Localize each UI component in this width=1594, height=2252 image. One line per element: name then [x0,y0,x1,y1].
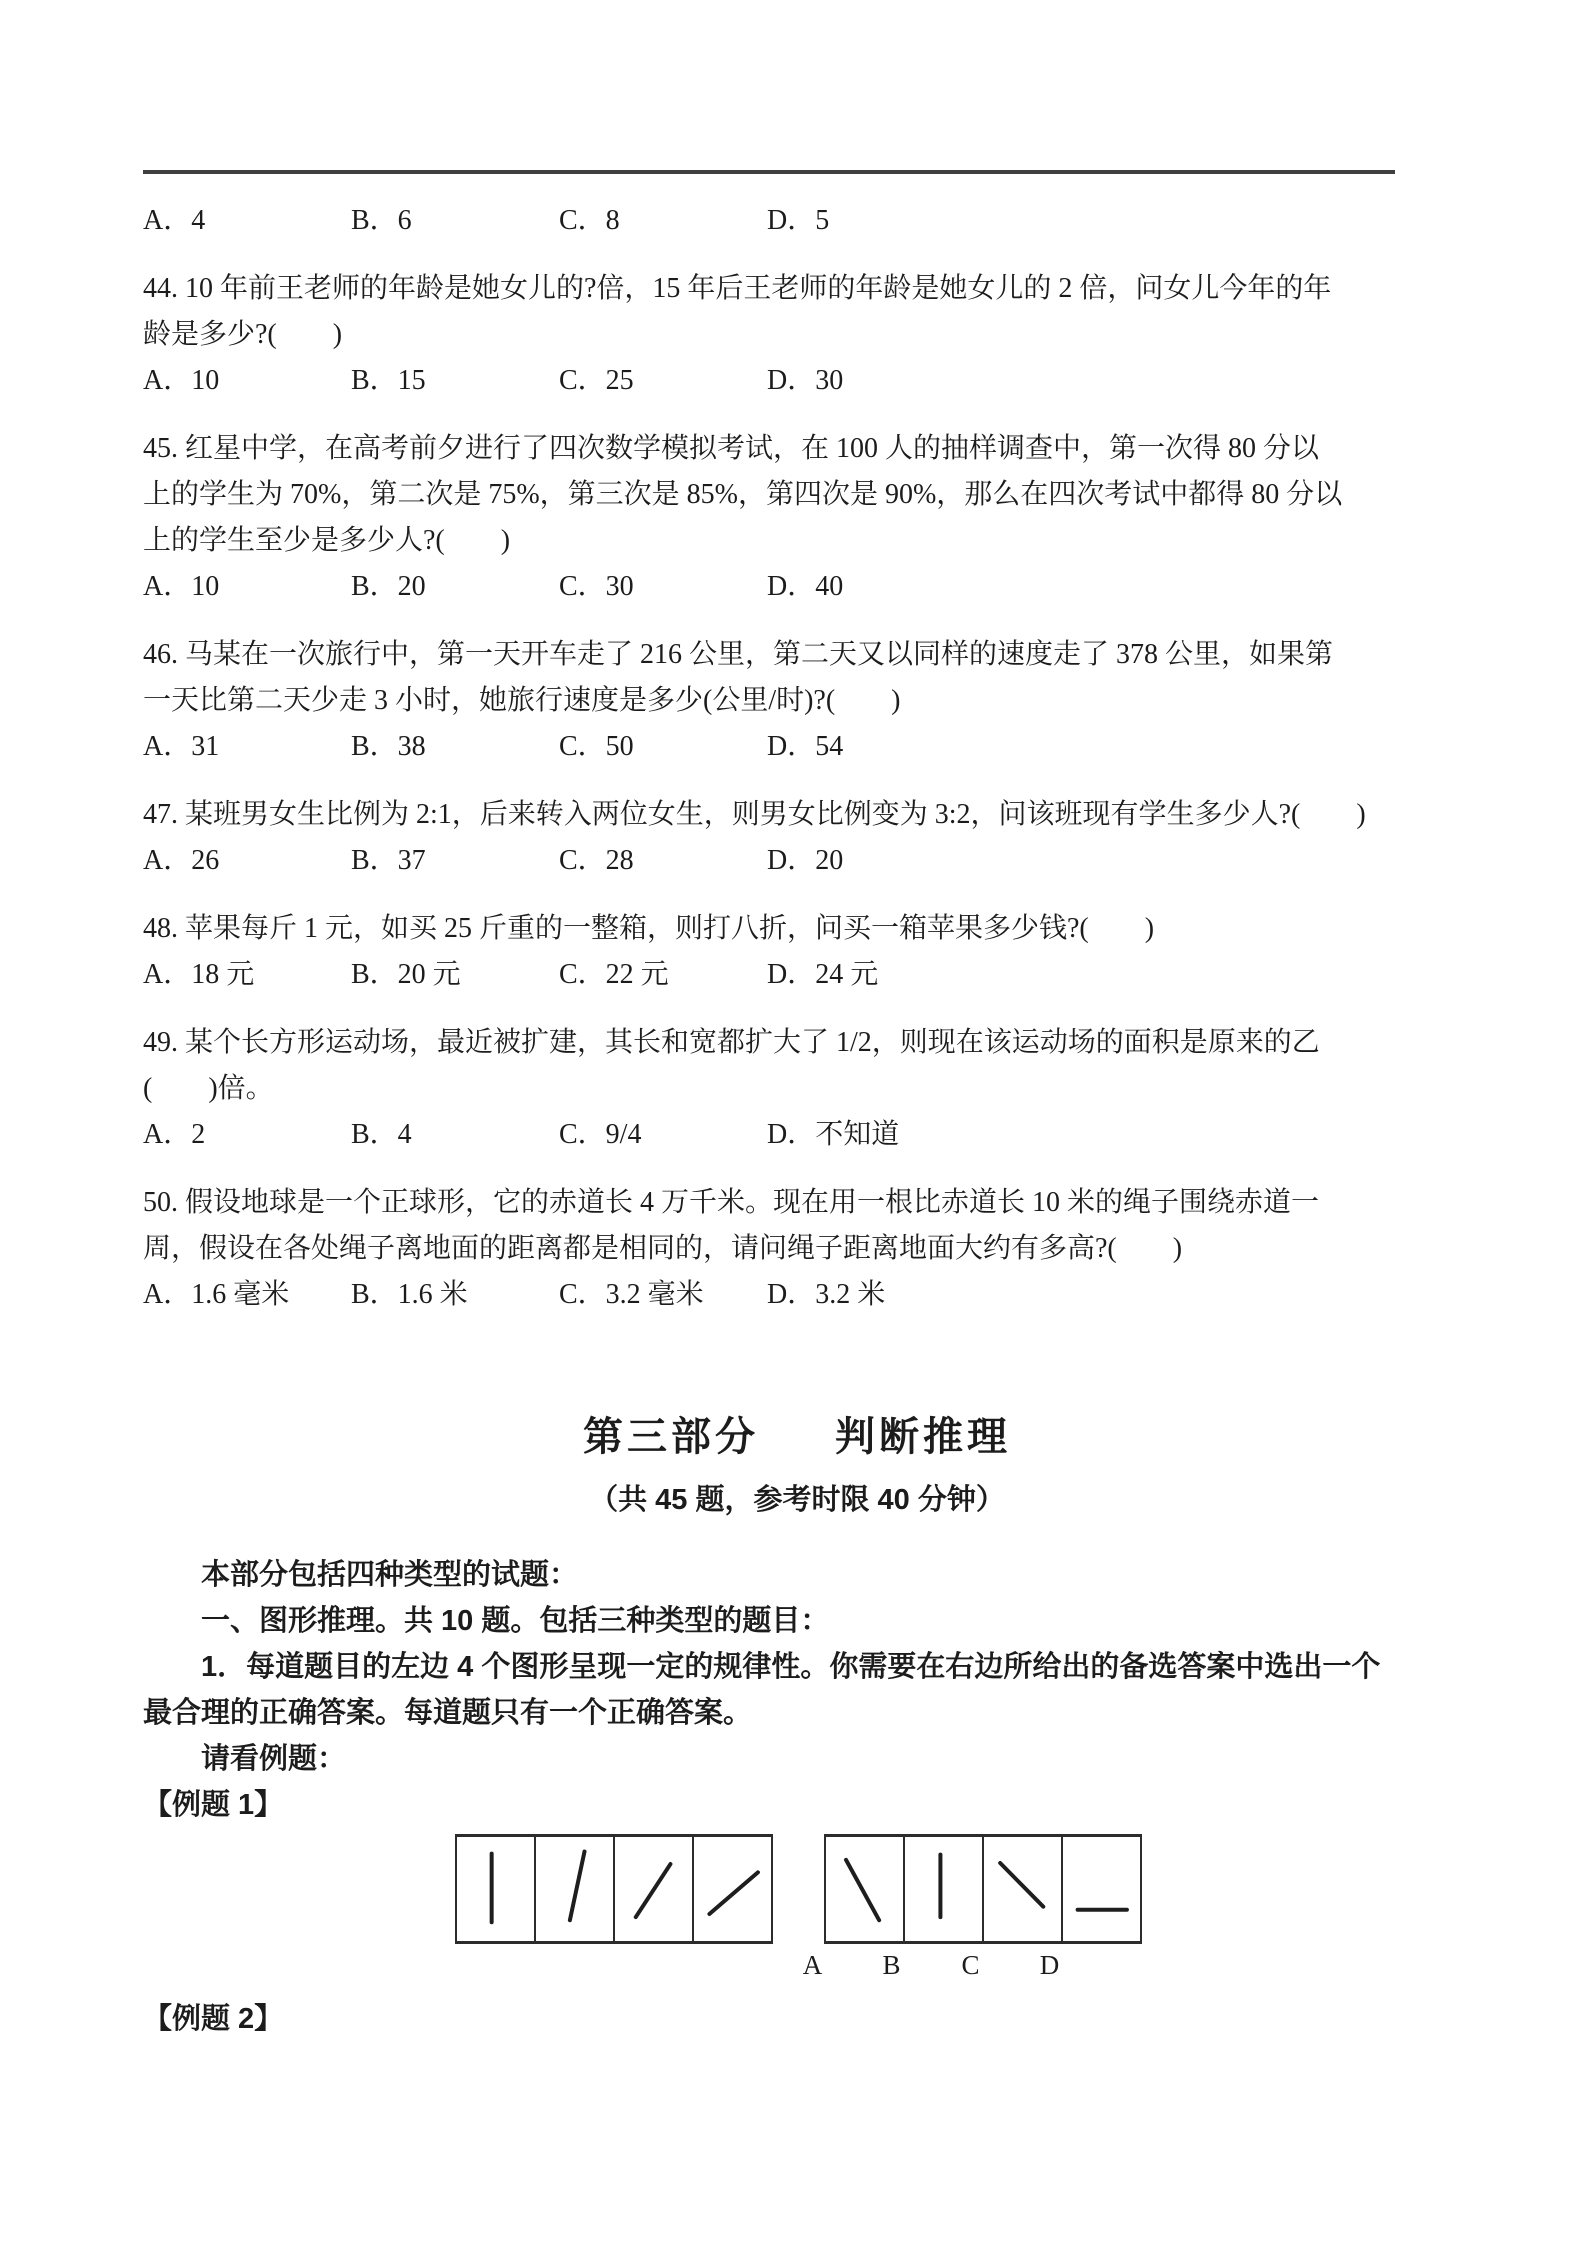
option-c: C．3.2 毫米 [559,1272,755,1318]
answer-label-c: C [931,1948,1010,1982]
option-b: B．37 [351,838,547,884]
line-drawing [905,1837,982,1941]
option-c: C．25 [559,358,755,404]
option-d: D．20 [767,838,963,884]
options-row: A．2 B．4 C．9/4 D．不知道 [143,1112,1451,1158]
line-drawing [615,1837,692,1941]
option-c: C．9/4 [559,1112,755,1158]
option-c: C．22 元 [559,952,755,998]
figure-cell [455,1837,534,1941]
line-drawing [1063,1837,1140,1941]
section-part-label: 第三部分 [583,1415,759,1459]
option-c: C．8 [559,198,755,244]
line-drawing [826,1837,903,1941]
example1-label: 【例题 1】 [143,1782,1451,1828]
option-a: A．10 [143,358,339,404]
option-b: B．38 [351,724,547,770]
orphan-options-row: A．4 B．6 C．8 D．5 [143,198,1451,244]
option-a: A．18 元 [143,952,339,998]
option-d: D．54 [767,724,963,770]
answer-label-d: D [1010,1948,1089,1982]
option-b: B．6 [351,198,547,244]
section-subtitle: （共 45 题，参考时限 40 分钟） [143,1478,1451,1522]
option-d: D．5 [767,198,963,244]
options-row: A．10 B．15 C．25 D．30 [143,358,1451,404]
question-44: 44. 10 年前王老师的年龄是她女儿的?倍，15 年后王老师的年龄是她女儿的 … [143,266,1451,404]
answer-label-a: A [773,1948,852,1982]
option-a: A．4 [143,198,339,244]
figure-cell-b [903,1837,982,1941]
option-c: C．28 [559,838,755,884]
line-drawing [694,1837,771,1941]
question-line: 44. 10 年前王老师的年龄是她女儿的?倍，15 年后王老师的年龄是她女儿的 … [143,266,1451,312]
options-row: A．18 元 B．20 元 C．22 元 D．24 元 [143,952,1451,998]
option-a: A．31 [143,724,339,770]
option-b: B．1.6 米 [351,1272,547,1318]
line-drawing [457,1837,534,1941]
figure-cell-d [1061,1837,1142,1941]
section-heading: 第三部分判断推理 [143,1410,1451,1464]
option-a: A．10 [143,564,339,610]
option-b: B．15 [351,358,547,404]
question-line: 一天比第二天少走 3 小时，她旅行速度是多少(公里/时)?( ) [143,678,1451,724]
instruction-line: 本部分包括四种类型的试题： [143,1552,1451,1598]
option-a: A．2 [143,1112,339,1158]
option-d: D．30 [767,358,963,404]
instructions: 本部分包括四种类型的试题： 一、图形推理。共 10 题。包括三种类型的题目： 1… [143,1552,1451,1782]
figure-cell [613,1837,692,1941]
option-a: A．26 [143,838,339,884]
option-d: D．3.2 米 [767,1272,963,1318]
figure-cell [692,1837,773,1941]
options-row: A．1.6 毫米 B．1.6 米 C．3.2 毫米 D．3.2 米 [143,1272,1451,1318]
option-b: B．20 [351,564,547,610]
answer-block: A B C D [773,1834,1142,1982]
instruction-line: 1．每道题目的左边 4 个图形呈现一定的规律性。你需要在右边所给出的备选答案中选… [143,1644,1451,1690]
question-line: 45. 红星中学，在高考前夕进行了四次数学模拟考试，在 100 人的抽样调查中，… [143,426,1451,472]
question-line: 龄是多少?( ) [143,312,1451,358]
option-d: D．不知道 [767,1112,963,1158]
figure-cell-a [824,1837,903,1941]
question-49: 49. 某个长方形运动场，最近被扩建，其长和宽都扩大了 1/2，则现在该运动场的… [143,1020,1451,1158]
answer-labels-row: A B C D [773,1948,1142,1982]
answer-label-b: B [852,1948,931,1982]
option-b: B．20 元 [351,952,547,998]
line-drawing [984,1837,1061,1941]
question-line: 周，假设在各处绳子离地面的距离都是相同的，请问绳子距离地面大约有多高?( ) [143,1226,1451,1272]
question-line: 47. 某班男女生比例为 2:1，后来转入两位女生，则男女比例变为 3:2，问该… [143,792,1451,838]
exam-page: A．4 B．6 C．8 D．5 44. 10 年前王老师的年龄是她女儿的?倍，1… [0,0,1594,2252]
question-line: ( )倍。 [143,1066,1451,1112]
option-c: C．30 [559,564,755,610]
options-row: A．31 B．38 C．50 D．54 [143,724,1451,770]
option-d: D．40 [767,564,963,610]
question-50: 50. 假设地球是一个正球形，它的赤道长 4 万千米。现在用一根比赤道长 10 … [143,1180,1451,1318]
instruction-line: 最合理的正确答案。每道题只有一个正确答案。 [143,1690,1451,1736]
question-line: 46. 马某在一次旅行中，第一天开车走了 216 公里，第二天又以同样的速度走了… [143,632,1451,678]
example2-label: 【例题 2】 [143,1996,1451,2042]
question-line: 49. 某个长方形运动场，最近被扩建，其长和宽都扩大了 1/2，则现在该运动场的… [143,1020,1451,1066]
question-48: 48. 苹果每斤 1 元，如买 25 斤重的一整箱，则打八折，问买一箱苹果多少钱… [143,906,1451,998]
answer-group [824,1834,1142,1944]
line-drawing [536,1837,613,1941]
option-b: B．4 [351,1112,547,1158]
question-47: 47. 某班男女生比例为 2:1，后来转入两位女生，则男女比例变为 3:2，问该… [143,792,1451,884]
question-line: 48. 苹果每斤 1 元，如买 25 斤重的一整箱，则打八折，问买一箱苹果多少钱… [143,906,1451,952]
header-rule [143,170,1395,174]
page-content: A．4 B．6 C．8 D．5 44. 10 年前王老师的年龄是她女儿的?倍，1… [0,170,1594,2042]
figure-cell-c [982,1837,1061,1941]
option-c: C．50 [559,724,755,770]
question-45: 45. 红星中学，在高考前夕进行了四次数学模拟考试，在 100 人的抽样调查中，… [143,426,1451,610]
question-46: 46. 马某在一次旅行中，第一天开车走了 216 公里，第二天又以同样的速度走了… [143,632,1451,770]
option-d: D．24 元 [767,952,963,998]
question-line: 上的学生至少是多少人?( ) [143,518,1451,564]
section-part-title: 判断推理 [835,1415,1011,1459]
question-line: 上的学生为 70%，第二次是 75%，第三次是 85%，第四次是 90%，那么在… [143,472,1451,518]
instruction-line: 一、图形推理。共 10 题。包括三种类型的题目： [143,1598,1451,1644]
options-row: A．10 B．20 C．30 D．40 [143,564,1451,610]
stimulus-group [455,1834,773,1944]
options-row: A．26 B．37 C．28 D．20 [143,838,1451,884]
question-line: 50. 假设地球是一个正球形，它的赤道长 4 万千米。现在用一根比赤道长 10 … [143,1180,1451,1226]
example-figure: A B C D [455,1834,1451,1982]
option-a: A．1.6 毫米 [143,1272,339,1318]
instruction-line: 请看例题： [143,1736,1451,1782]
figure-cell [534,1837,613,1941]
